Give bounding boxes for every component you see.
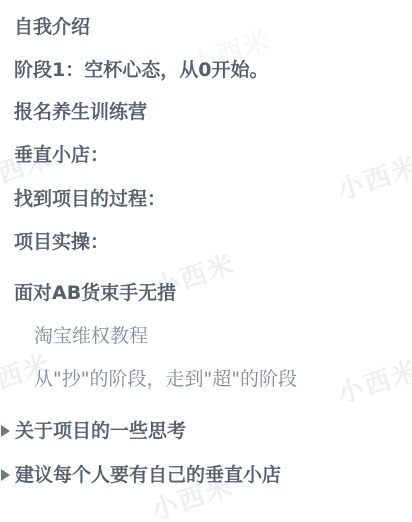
outline-item-signup-camp[interactable]: 报名养生训练营	[14, 101, 147, 123]
toggle-collapsed-icon[interactable]	[1, 469, 10, 481]
outline-item-label: 建议每个人要有自己的垂直小店	[15, 464, 281, 486]
outline-subitem-copy-exceed[interactable]: 从"抄"的阶段，走到"超"的阶段	[34, 368, 297, 390]
watermark: 小西米	[332, 350, 412, 411]
outline-subitem-taobao[interactable]: 淘宝维权教程	[34, 325, 148, 347]
outline-item-stage1[interactable]: 阶段1：空杯心态，从0开始。	[14, 59, 268, 81]
outline-item-find-project[interactable]: 找到项目的过程：	[14, 188, 166, 210]
outline-item-vertical-shop[interactable]: 垂直小店：	[14, 144, 109, 166]
outline-item-suggestion[interactable]: 建议每个人要有自己的垂直小店	[15, 464, 281, 486]
outline-page: 小西米 小西米 小西米 小西米 小西米 小西米 小西米 自我介绍 阶段1：空杯心…	[0, 0, 412, 522]
outline-item-project-ops[interactable]: 项目实操：	[14, 231, 109, 253]
watermark: 小西米	[332, 146, 412, 207]
outline-item-label: 关于项目的一些思考	[15, 420, 186, 442]
outline-item-thoughts[interactable]: 关于项目的一些思考	[15, 420, 186, 442]
outline-item-intro[interactable]: 自我介绍	[14, 16, 90, 38]
outline-item-ab-goods[interactable]: 面对AB货束手无措	[14, 282, 176, 304]
toggle-collapsed-icon[interactable]	[1, 425, 10, 437]
